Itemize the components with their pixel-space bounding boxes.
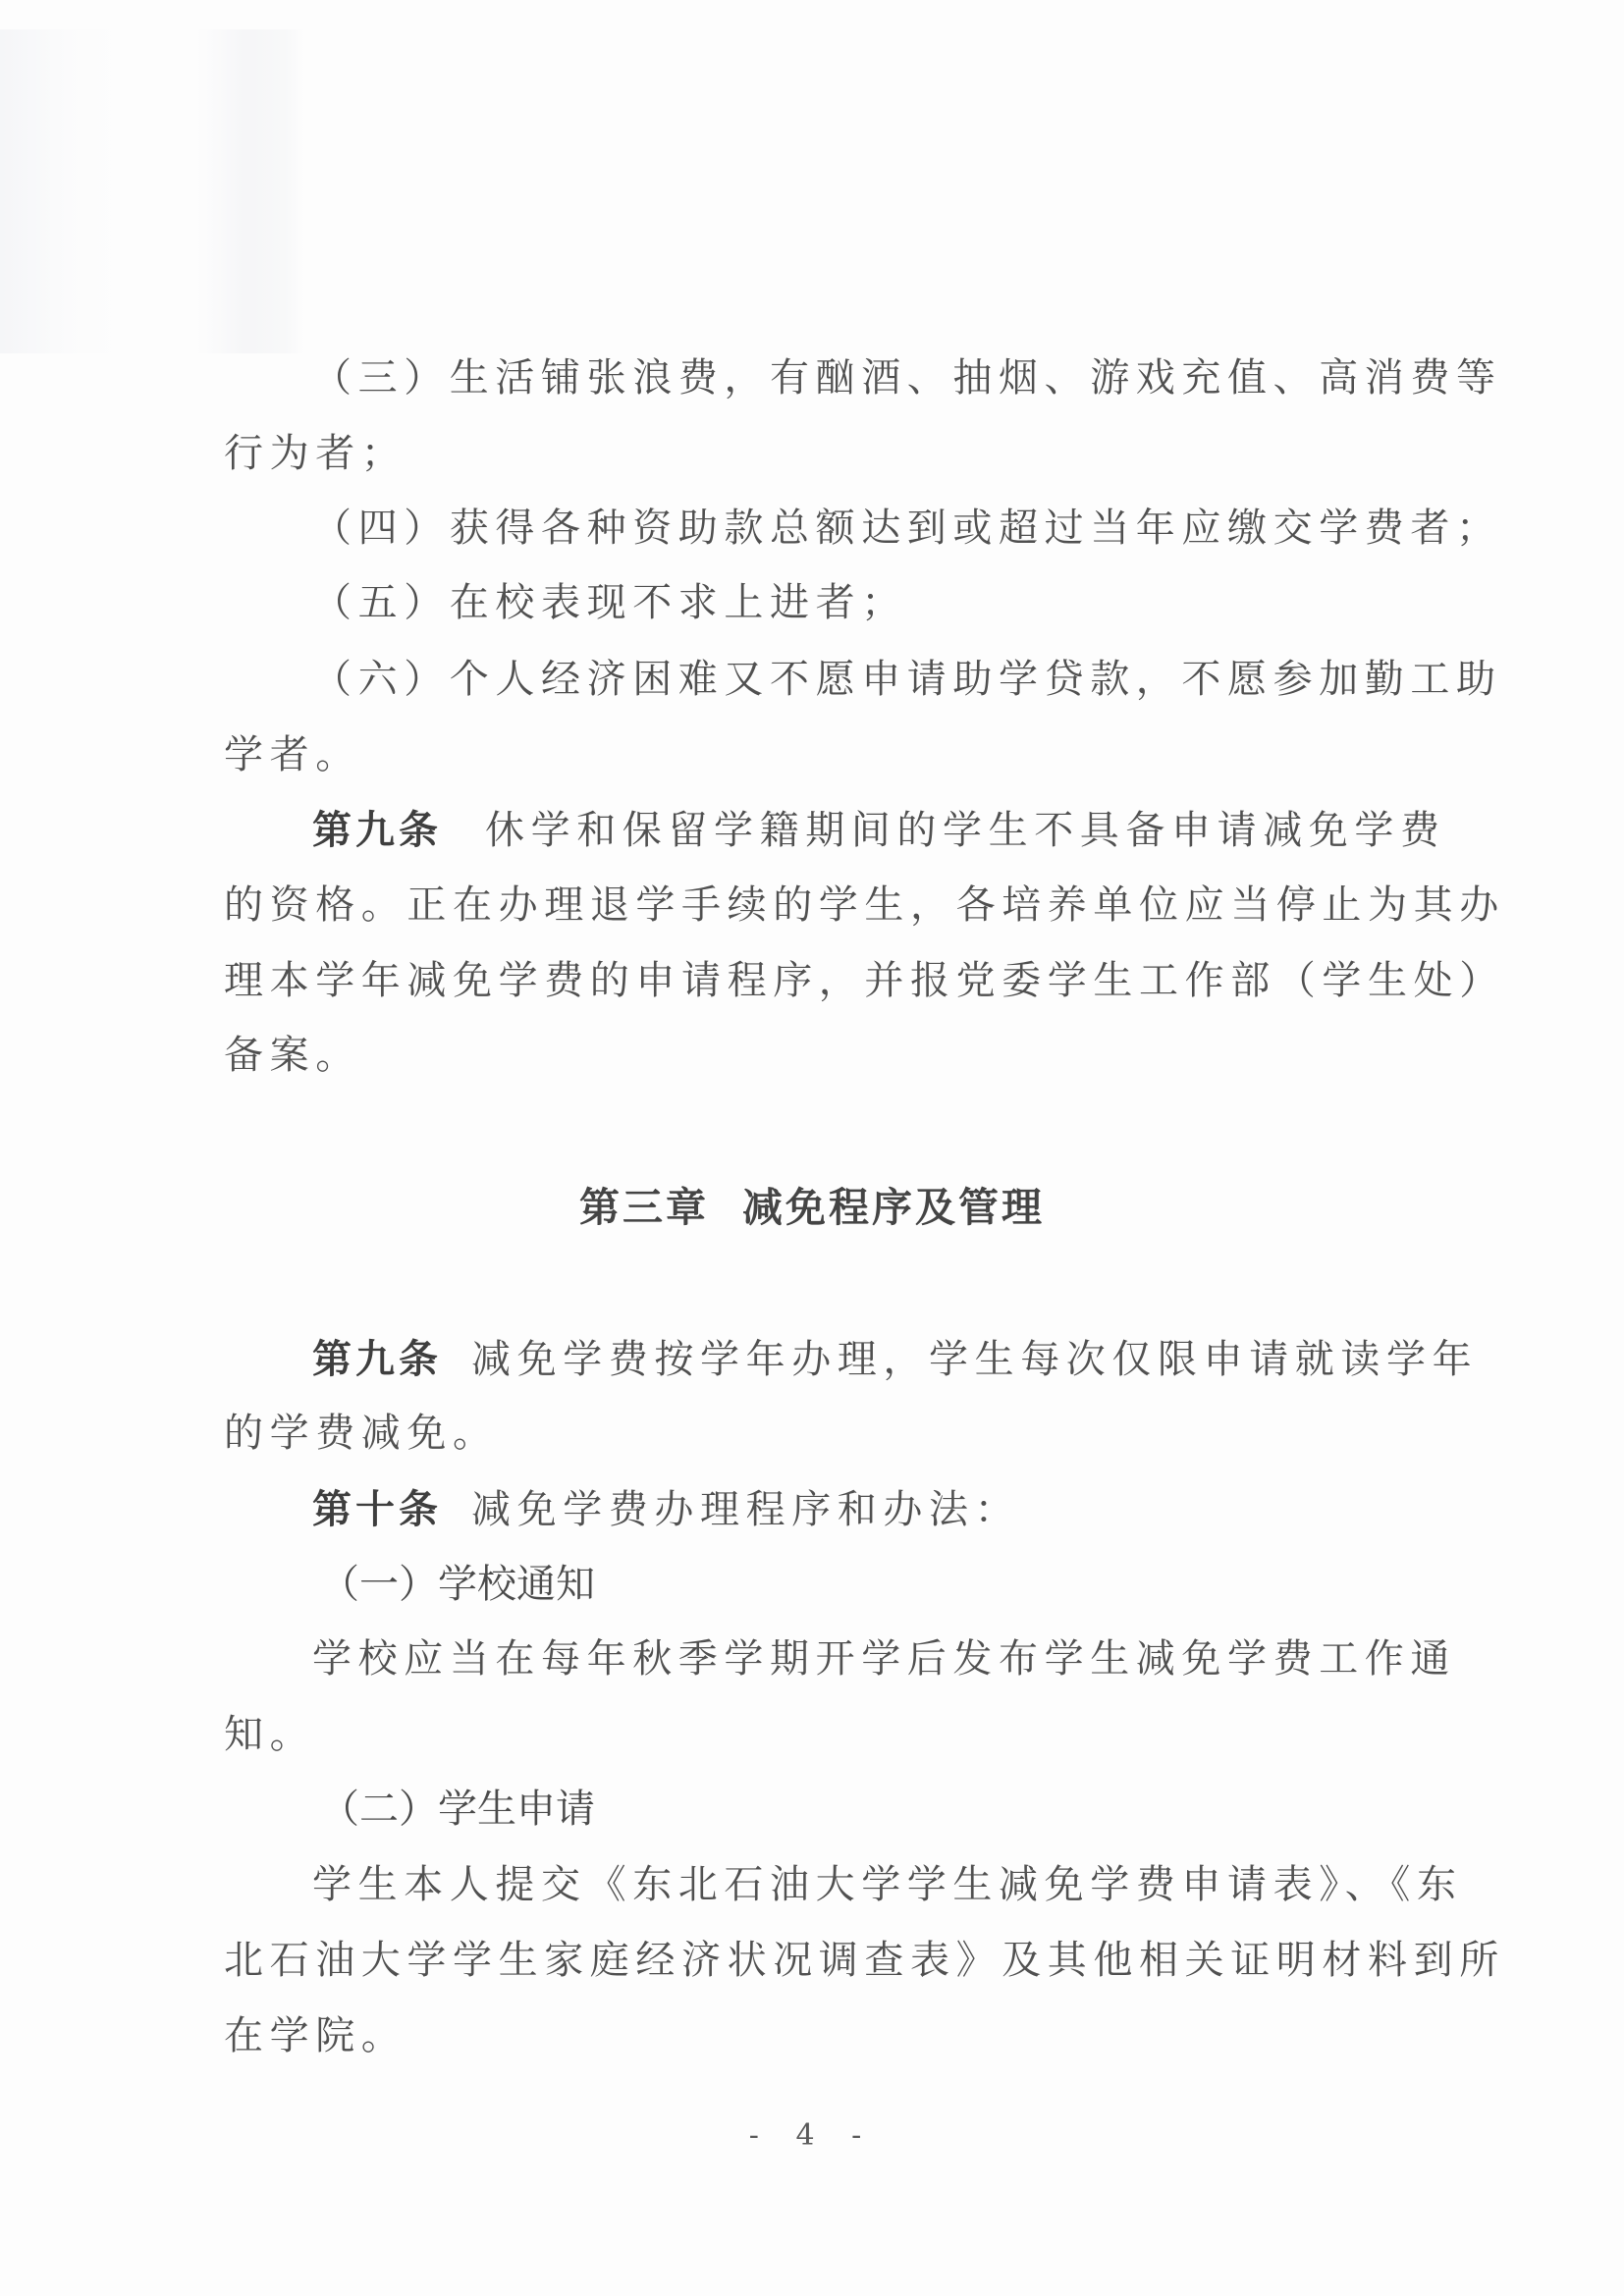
list-item-3-continued: 行为者； [224, 424, 1412, 483]
section-heading-school-notice: （一）学校通知 [320, 1555, 595, 1614]
list-item-4: （四）获得各种资助款总额达到或超过当年应缴交学费者； [312, 499, 1500, 558]
list-item-6: （六）个人经济困难又不愿申请助学贷款，不愿参加勤工助 [312, 650, 1500, 709]
list-item-6-continued: 学者。 [224, 725, 1412, 784]
section-1-line-2: 知。 [224, 1705, 1412, 1764]
list-item-5: （五）在校表现不求上进者； [312, 573, 1500, 632]
article-9-procedure-line-2: 的学费减免。 [224, 1404, 1412, 1463]
article-9-line-4: 备案。 [224, 1026, 1412, 1085]
article-9-eligibility: 第九条休学和保留学籍期间的学生不具备申请减免学费 [312, 801, 1500, 860]
article-10: 第十条减免学费办理程序和办法： [312, 1480, 1500, 1539]
list-item-3: （三）生活铺张浪费，有酗酒、抽烟、游戏充值、高消费等 [312, 348, 1500, 407]
article-label: 第九条 [312, 808, 442, 853]
article-text: 减免学费按学年办理，学生每次仅限申请就读学年 [471, 1337, 1478, 1382]
article-9-procedure: 第九条减免学费按学年办理，学生每次仅限申请就读学年 [312, 1330, 1500, 1389]
article-9-line-2: 的资格。正在办理退学手续的学生，各培养单位应当停止为其办 [224, 876, 1412, 934]
article-label: 第九条 [312, 1337, 442, 1382]
article-text: 减免学费办理程序和办法： [471, 1487, 1020, 1532]
section-1-line-1: 学校应当在每年秋季学期开学后发布学生减免学费工作通 [312, 1629, 1500, 1688]
article-9-line-3: 理本学年减免学费的申请程序，并报党委学生工作部（学生处） [224, 951, 1412, 1010]
document-page: （三）生活铺张浪费，有酗酒、抽烟、游戏充值、高消费等 行为者； （四）获得各种资… [0, 0, 1624, 2296]
section-2-line-3: 在学院。 [224, 2006, 1412, 2065]
chapter-heading: 第三章减免程序及管理 [0, 1178, 1624, 1237]
section-2-line-2: 北石油大学学生家庭经济状况调查表》及其他相关证明材料到所 [224, 1931, 1412, 1990]
article-label: 第十条 [312, 1487, 442, 1532]
chapter-number: 第三章 [579, 1184, 709, 1231]
section-heading-student-application: （二）学生申请 [320, 1780, 595, 1839]
page-number: - 4 - [0, 2118, 1624, 2153]
chapter-title: 减免程序及管理 [742, 1184, 1045, 1231]
section-2-line-1: 学生本人提交《东北石油大学学生减免学费申请表》、《东 [312, 1855, 1500, 1914]
article-text: 休学和保留学籍期间的学生不具备申请减免学费 [485, 808, 1446, 853]
